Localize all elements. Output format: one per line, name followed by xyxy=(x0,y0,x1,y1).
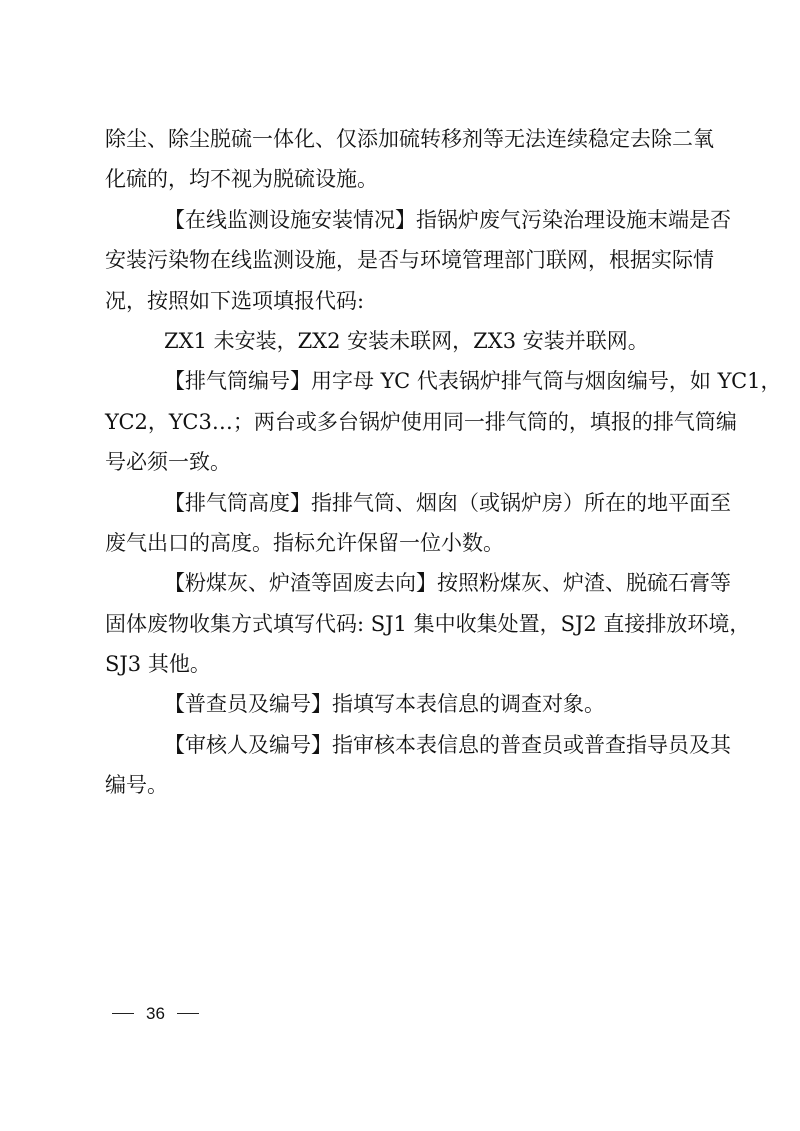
text-line: 况，按照如下选项填报代码: xyxy=(105,281,695,321)
text-line: 【审核人及编号】指审核本表信息的普查员或普查指导员及其 xyxy=(105,725,695,765)
text-line: 化硫的，均不视为脱硫设施。 xyxy=(105,159,695,199)
text-line: 【排气筒编号】用字母 YC 代表锅炉排气筒与烟囱编号，如 YC1， xyxy=(105,361,695,401)
text-line: 安装污染物在线监测设施，是否与环境管理部门联网，根据实际情 xyxy=(105,240,695,280)
dash-left-decoration xyxy=(112,1013,134,1014)
document-page: 除尘、除尘脱硫一体化、仅添加硫转移剂等无法连续稳定去除二氧 化硫的，均不视为脱硫… xyxy=(0,0,800,1131)
text-line: ZX1 未安装，ZX2 安装未联网，ZX3 安装并联网。 xyxy=(105,321,695,361)
text-line: 【排气筒高度】指排气筒、烟囱（或锅炉房）所在的地平面至 xyxy=(105,483,695,523)
text-line: 【在线监测设施安装情况】指锅炉废气污染治理设施末端是否 xyxy=(105,200,695,240)
text-line: 号必须一致。 xyxy=(105,442,695,482)
text-line: 废气出口的高度。指标允许保留一位小数。 xyxy=(105,523,695,563)
page-number: 36 xyxy=(146,1004,165,1024)
text-line: 【粉煤灰、炉渣等固废去向】按照粉煤灰、炉渣、脱硫石膏等 xyxy=(105,563,695,603)
body-text: 除尘、除尘脱硫一体化、仅添加硫转移剂等无法连续稳定去除二氧 化硫的，均不视为脱硫… xyxy=(105,119,695,806)
page-number-footer: 36 xyxy=(100,1004,211,1024)
text-line: 编号。 xyxy=(105,765,695,805)
dash-right-decoration xyxy=(177,1013,199,1014)
text-line: SJ3 其他。 xyxy=(105,644,695,684)
text-line: 固体废物收集方式填写代码: SJ1 集中收集处置，SJ2 直接排放环境， xyxy=(105,604,695,644)
text-line: 除尘、除尘脱硫一体化、仅添加硫转移剂等无法连续稳定去除二氧 xyxy=(105,119,695,159)
text-line: 【普查员及编号】指填写本表信息的调查对象。 xyxy=(105,684,695,724)
text-line: YC2，YC3…；两台或多台锅炉使用同一排气筒的，填报的排气筒编 xyxy=(105,402,695,442)
